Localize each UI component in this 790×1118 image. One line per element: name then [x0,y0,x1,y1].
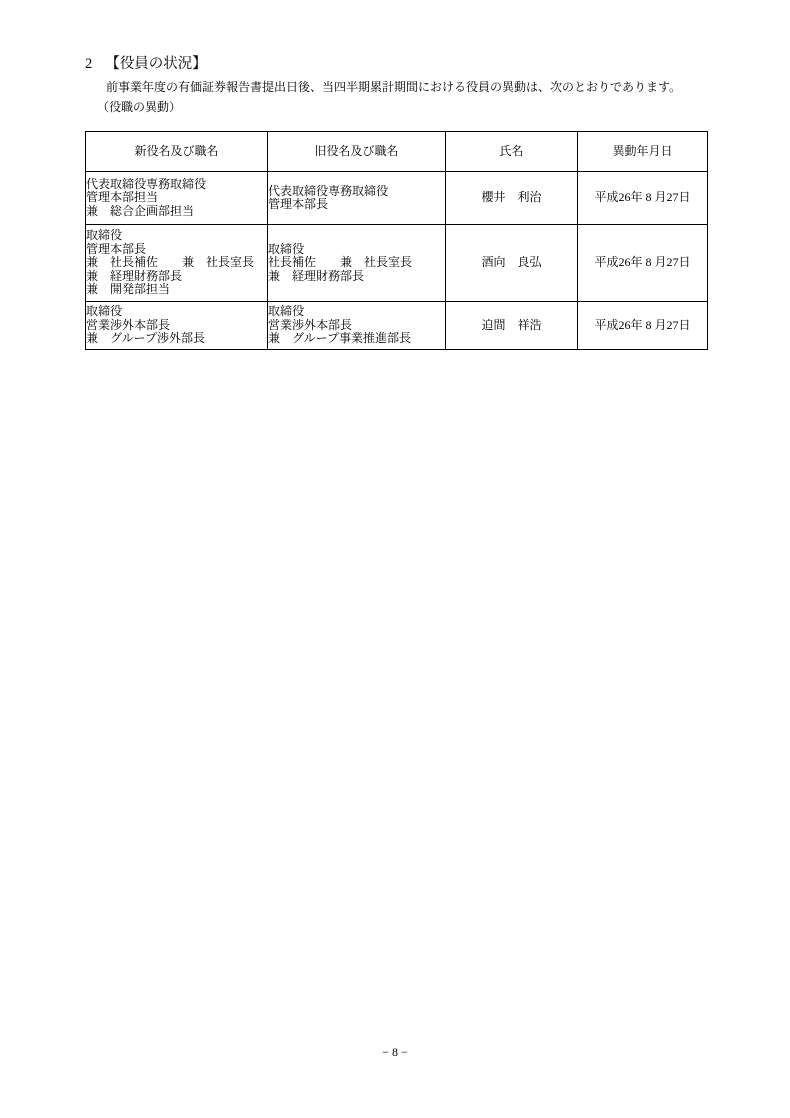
column-header: 新役名及び職名 [86,132,268,172]
officer-change-table: 新役名及び職名旧役名及び職名氏名異動年月日 代表取締役専務取締役管理本部担当兼 … [85,131,708,350]
page-title: 2【役員の状況】 [85,55,207,73]
cell-date: 平成26年 8 月27日 [578,172,708,225]
position-line: 代表取締役専務取締役 [268,185,445,199]
page-number: − 8 − [0,1045,790,1060]
cell-new-position: 代表取締役専務取締役管理本部担当兼 総合企画部担当 [86,172,268,225]
cell-name: 迫間 祥浩 [446,302,578,350]
position-line: 兼 開発部担当 [86,283,267,297]
cell-new-position: 取締役営業渉外本部長兼 グループ渉外部長 [86,302,268,350]
table-row: 代表取締役専務取締役管理本部担当兼 総合企画部担当代表取締役専務取締役管理本部長… [86,172,708,225]
position-line: 兼 社長補佐 兼 社長室長 [86,256,267,270]
table-header-row: 新役名及び職名旧役名及び職名氏名異動年月日 [86,132,708,172]
section-number: 2 [85,56,92,72]
cell-name: 酒向 良弘 [446,225,578,302]
cell-date: 平成26年 8 月27日 [578,302,708,350]
column-header: 旧役名及び職名 [268,132,446,172]
position-line: 管理本部担当 [86,191,267,205]
position-line: 兼 グループ渉外部長 [86,332,267,346]
position-line: 社長補佐 兼 社長室長 [268,256,445,270]
subnote-text: （役職の異動） [97,100,181,115]
position-line: 取締役 [268,305,445,319]
position-line: 兼 グループ事業推進部長 [268,332,445,346]
column-header: 氏名 [446,132,578,172]
cell-old-position: 取締役社長補佐 兼 社長室長兼 経理財務部長 [268,225,446,302]
table-row: 取締役営業渉外本部長兼 グループ渉外部長取締役営業渉外本部長兼 グループ事業推進… [86,302,708,350]
position-line: 取締役 [86,229,267,243]
cell-name: 櫻井 利治 [446,172,578,225]
cell-old-position: 代表取締役専務取締役管理本部長 [268,172,446,225]
cell-date: 平成26年 8 月27日 [578,225,708,302]
section-title: 【役員の状況】 [105,56,207,72]
column-header: 異動年月日 [578,132,708,172]
document-page: 2【役員の状況】 前事業年度の有価証券報告書提出日後、当四半期累計期間における役… [0,0,790,1118]
position-line: 兼 総合企画部担当 [86,205,267,219]
position-line: 兼 経理財務部長 [268,270,445,284]
table-row: 取締役管理本部長兼 社長補佐 兼 社長室長兼 経理財務部長兼 開発部担当取締役社… [86,225,708,302]
intro-text: 前事業年度の有価証券報告書提出日後、当四半期累計期間における役員の異動は、次のと… [106,80,681,95]
cell-new-position: 取締役管理本部長兼 社長補佐 兼 社長室長兼 経理財務部長兼 開発部担当 [86,225,268,302]
position-line: 取締役 [86,305,267,319]
position-line: 管理本部長 [268,198,445,212]
cell-old-position: 取締役営業渉外本部長兼 グループ事業推進部長 [268,302,446,350]
